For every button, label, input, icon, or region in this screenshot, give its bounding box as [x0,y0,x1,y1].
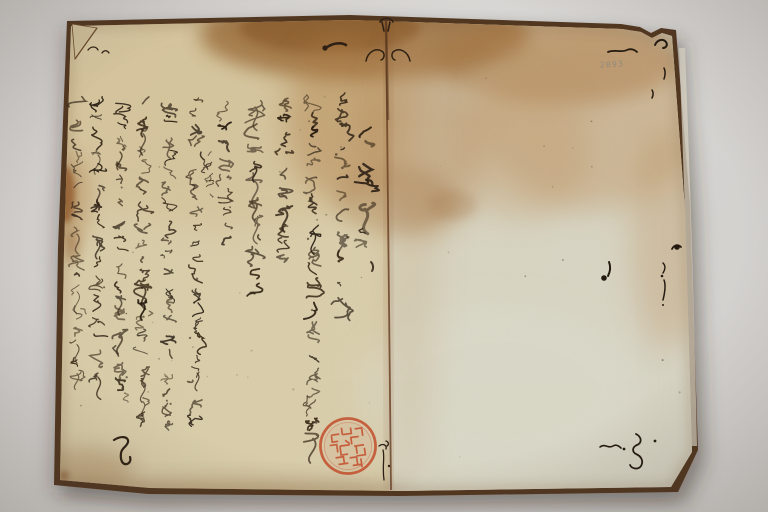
manuscript-photo: 2893 平治物語巻下目録主上おりゐさせ給ふ事付世上しづまる事をさなき頼朝六条川… [0,0,768,512]
background-vignette [0,0,768,512]
photo-svg: 2893 [0,0,768,512]
